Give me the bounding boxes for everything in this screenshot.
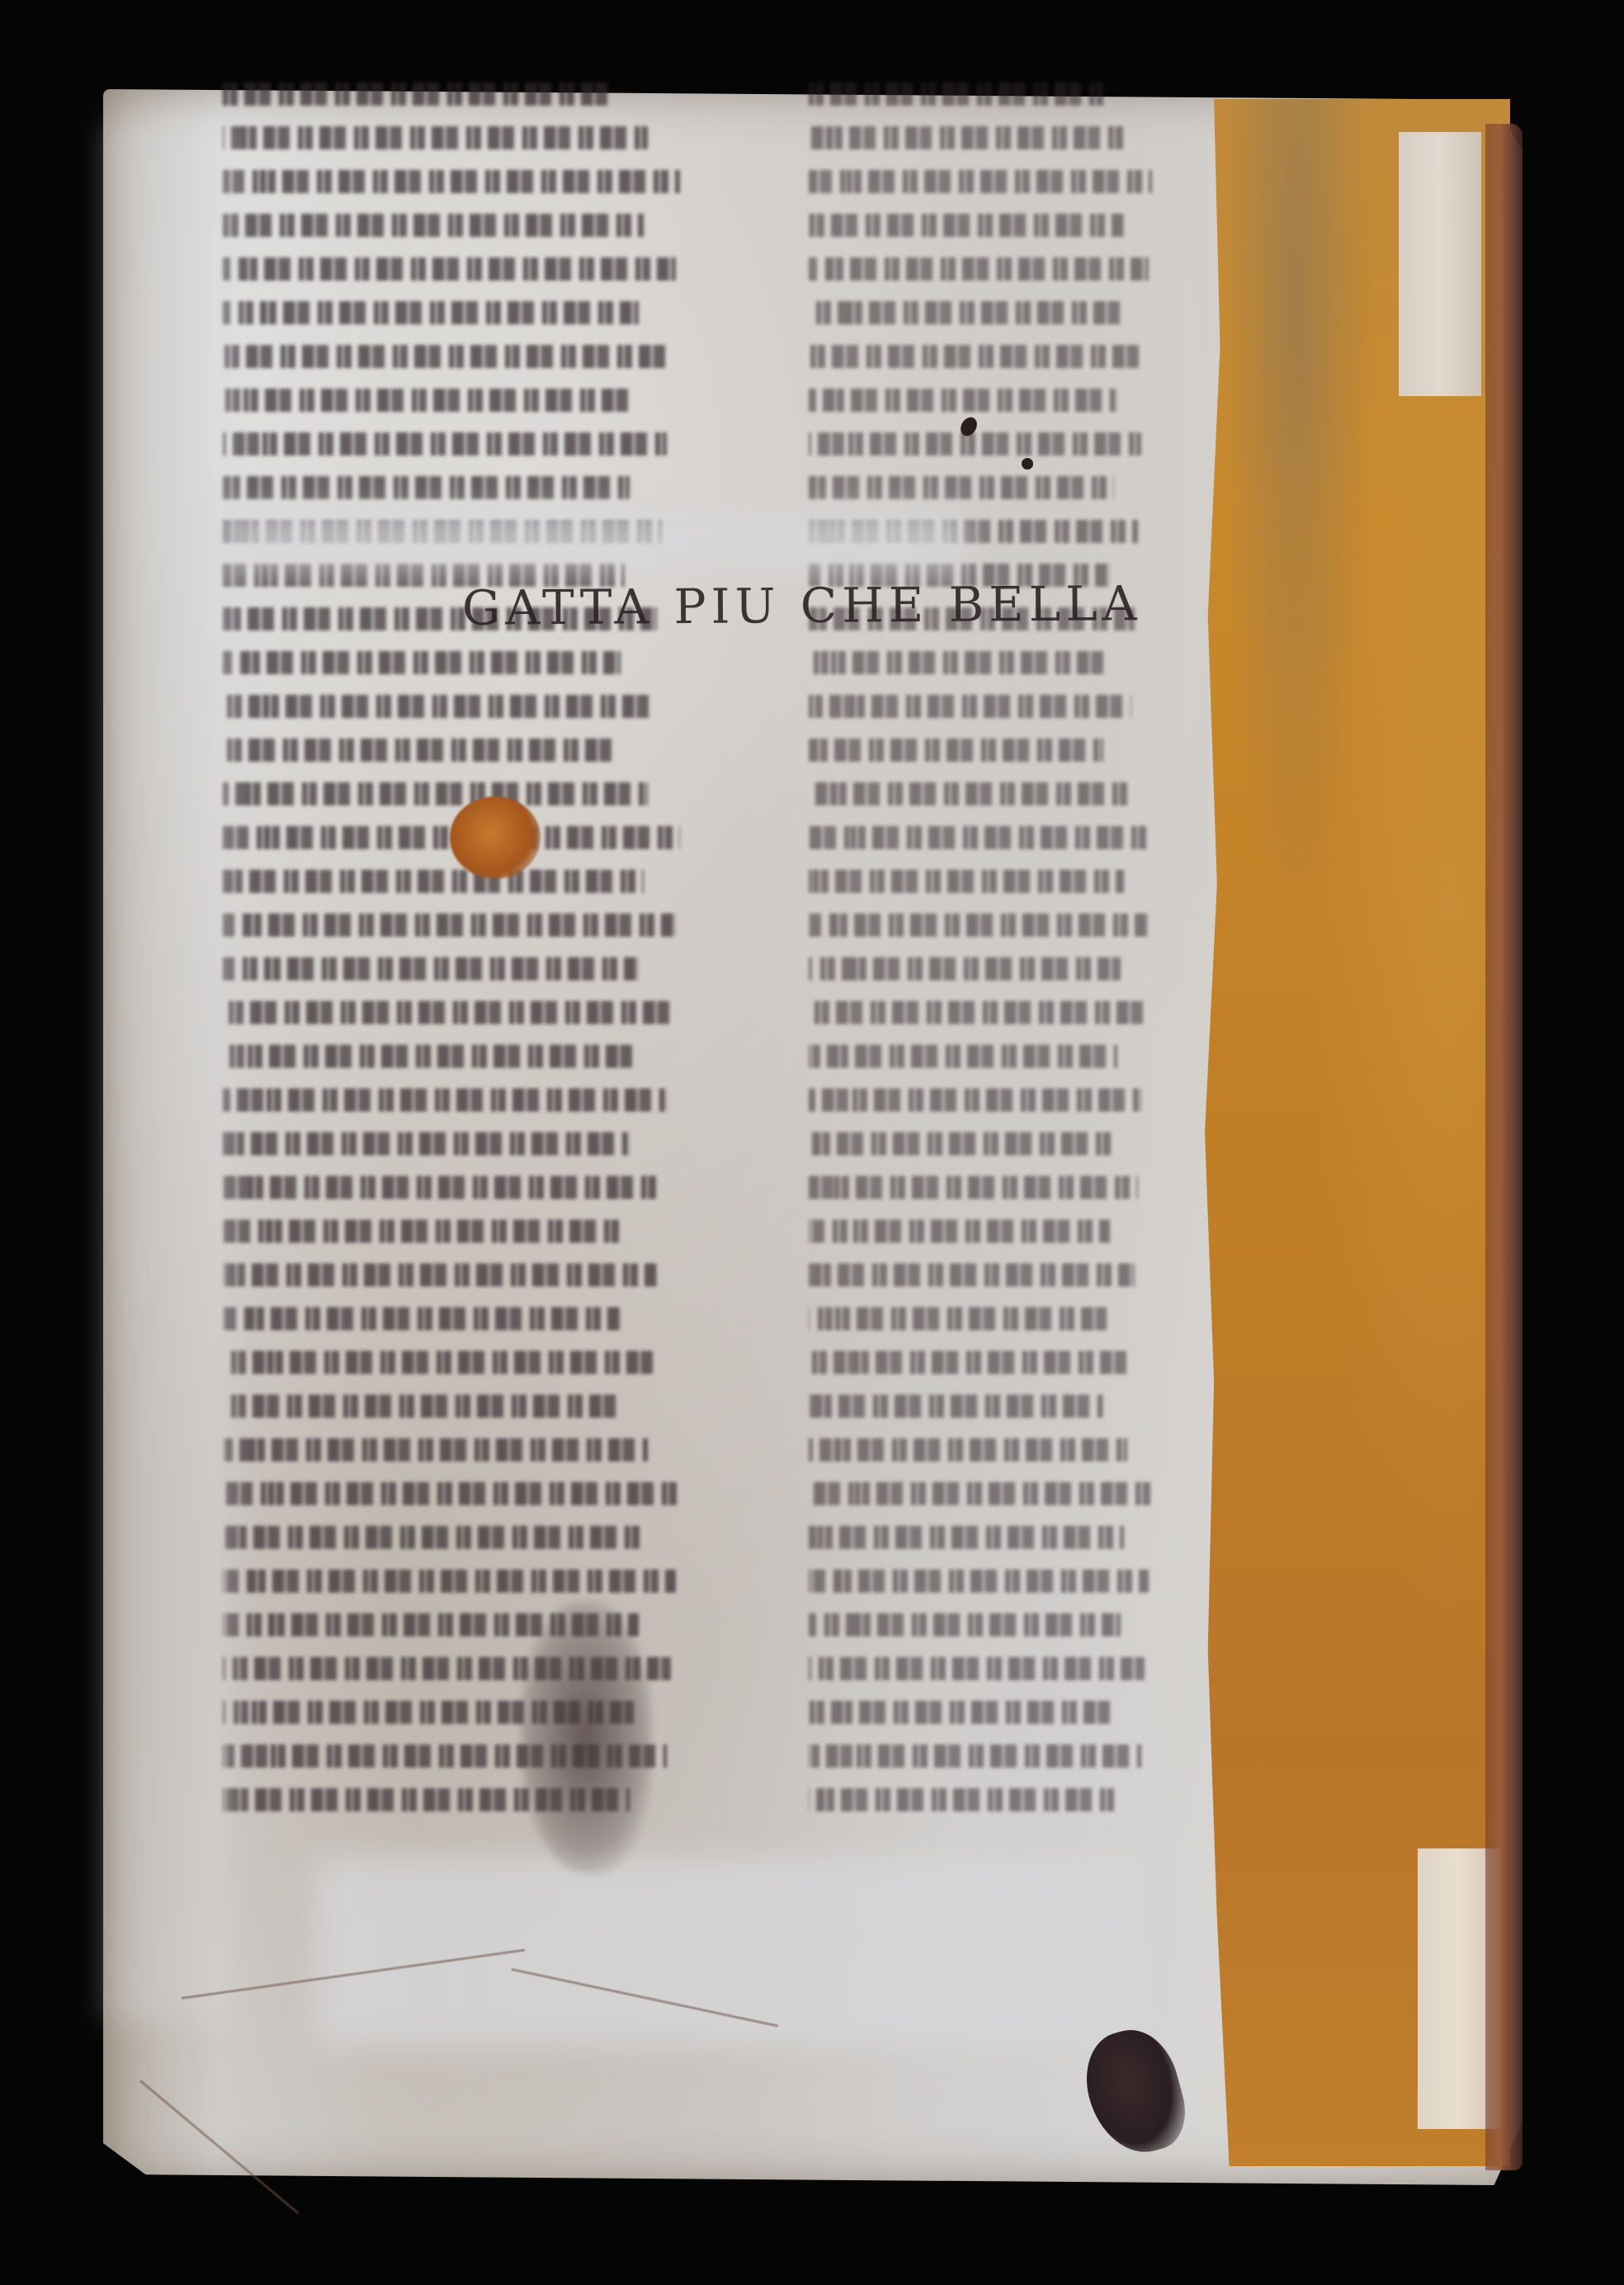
text-line <box>223 1395 616 1418</box>
text-line <box>223 739 616 762</box>
text-line <box>809 432 1141 456</box>
faded-area <box>314 1857 1139 2047</box>
text-line <box>809 1570 1149 1593</box>
text-line <box>809 1307 1107 1330</box>
text-line <box>809 1788 1114 1811</box>
spine-edge <box>1485 124 1522 2170</box>
text-line <box>809 1744 1141 1768</box>
text-line <box>809 1088 1141 1112</box>
text-line <box>223 782 648 805</box>
text-line <box>809 651 1107 674</box>
text-line <box>809 345 1145 368</box>
text-line <box>809 826 1152 849</box>
text-line <box>223 389 634 412</box>
text-line <box>223 1351 653 1374</box>
text-line <box>809 126 1127 149</box>
text-line <box>809 1526 1124 1549</box>
text-line <box>809 957 1121 980</box>
text-line <box>809 476 1114 499</box>
text-line <box>223 914 676 937</box>
text-line <box>223 126 648 149</box>
dark-stain <box>520 1601 652 1873</box>
text-line <box>223 214 644 237</box>
text-line <box>809 214 1124 237</box>
ink-spot <box>1022 458 1033 470</box>
text-line <box>223 1176 662 1199</box>
text-line <box>223 870 644 893</box>
text-line <box>223 1001 671 1024</box>
text-line <box>809 870 1124 893</box>
text-line <box>809 1351 1131 1374</box>
text-line <box>809 1438 1127 1461</box>
faded-area <box>223 512 965 569</box>
text-line <box>223 1438 648 1461</box>
text-line <box>223 170 680 193</box>
text-line <box>223 651 621 674</box>
text-line <box>809 170 1152 193</box>
show-through-text-right-column <box>809 83 1155 1832</box>
text-line <box>223 1526 644 1549</box>
spine-label-top <box>1399 132 1481 396</box>
text-line <box>223 1482 680 1505</box>
text-line <box>809 1701 1117 1724</box>
text-line <box>809 914 1149 937</box>
text-line <box>223 1570 676 1593</box>
text-line <box>809 1657 1145 1680</box>
text-line <box>809 1001 1145 1024</box>
text-line <box>223 83 616 106</box>
text-line <box>809 301 1121 324</box>
text-line <box>223 1220 625 1243</box>
text-line <box>223 1132 630 1155</box>
text-line <box>809 1176 1138 1199</box>
rust-stain <box>450 796 541 879</box>
text-line <box>223 1263 657 1286</box>
show-through-text-left-column <box>223 83 685 1857</box>
text-line <box>223 957 639 980</box>
text-line <box>223 1307 621 1330</box>
text-line <box>809 1220 1110 1243</box>
faded-margin <box>107 124 231 2022</box>
text-line <box>223 1088 667 1112</box>
text-line <box>809 695 1131 718</box>
text-line <box>809 782 1127 805</box>
text-line <box>223 345 671 368</box>
text-line <box>223 301 639 324</box>
text-line <box>223 695 653 718</box>
text-line <box>809 739 1103 762</box>
text-line <box>809 83 1103 106</box>
text-line <box>223 1045 634 1068</box>
text-line <box>809 1132 1114 1155</box>
text-line <box>809 1263 1135 1286</box>
text-line <box>223 476 630 499</box>
text-line <box>809 1482 1152 1505</box>
text-line <box>809 1613 1121 1636</box>
text-line <box>809 1045 1117 1068</box>
text-line <box>223 432 667 456</box>
text-line <box>809 1395 1103 1418</box>
text-line <box>223 257 676 281</box>
handwritten-inscription: GATTA PIU CHE BELLA <box>462 575 1142 636</box>
text-line <box>809 257 1149 281</box>
text-line <box>809 389 1117 412</box>
